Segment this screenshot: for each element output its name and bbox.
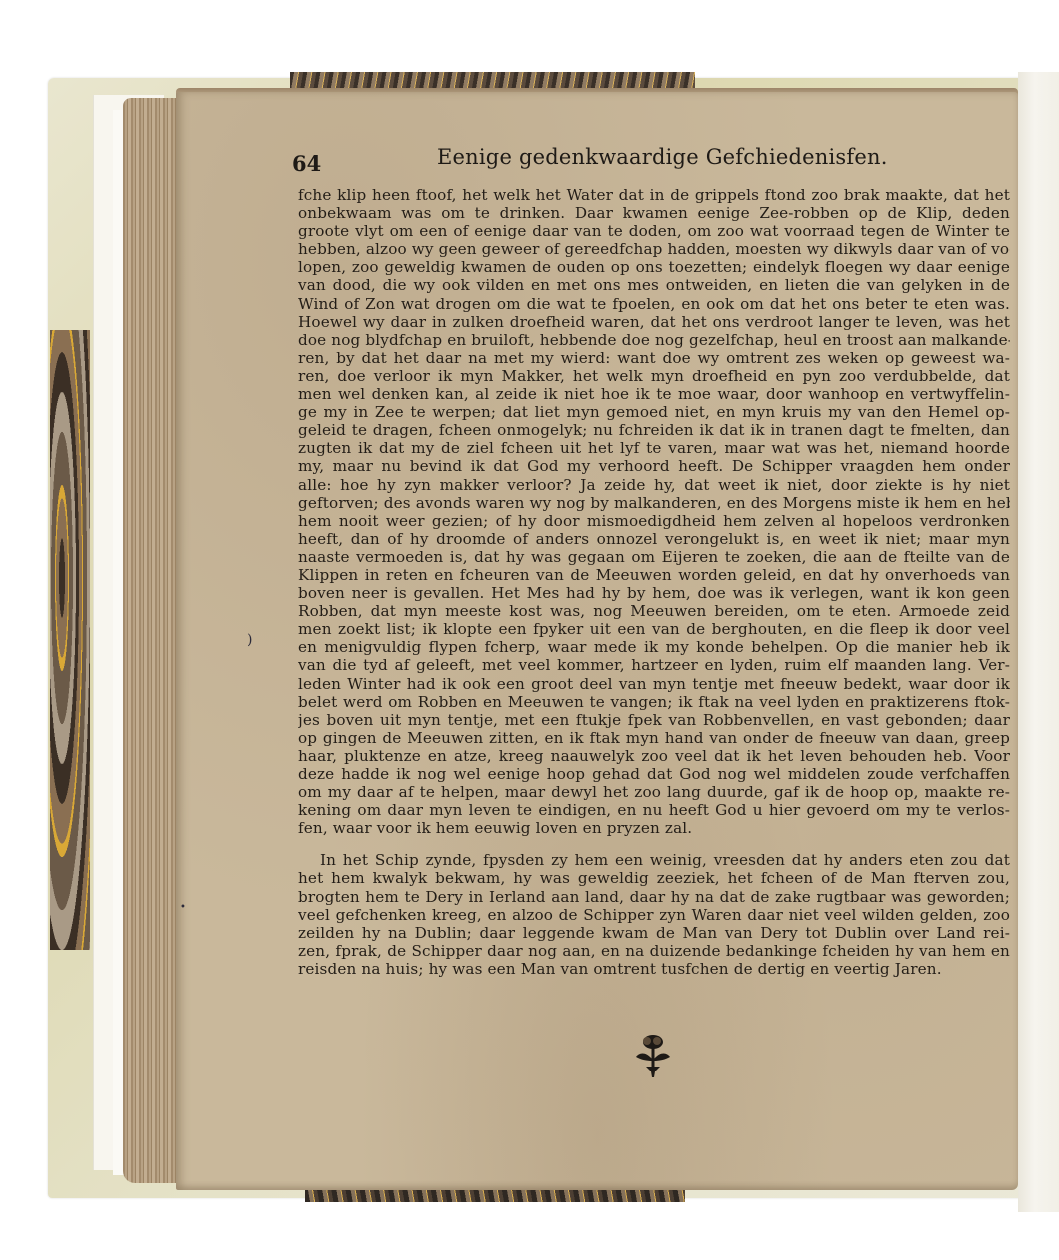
paragraph-gap [298, 837, 1010, 851]
text-line: hebben, alzoo wy geen geweer of gereedfc… [298, 240, 1010, 258]
marbled-edge-bottom [305, 1188, 685, 1202]
margin-mark: ) [247, 632, 252, 648]
paragraph-2: In het Schip zynde, fpysden zy hem een w… [298, 851, 1010, 978]
text-line: men wel denken kan, al zeide ik niet hoe… [298, 385, 1010, 403]
body-text: fche klip heen ftoof, het welk het Water… [298, 186, 1010, 978]
text-line: van die tyd af geleeft, met veel kommer,… [298, 656, 1010, 674]
text-line: Klippen in reten en fcheuren van de Meeu… [298, 566, 1010, 584]
text-line: leden Winter had ik ook een groot deel v… [298, 675, 1010, 693]
text-line: naaste vermoeden is, dat hy was gegaan o… [298, 548, 1010, 566]
page-number: 64 [292, 151, 321, 176]
text-line: reisden na huis; hy was een Man van omtr… [298, 960, 1010, 978]
text-line: Hoewel wy daar in zulken droefheid waren… [298, 313, 1010, 331]
text-line: fche klip heen ftoof, het welk het Water… [298, 186, 1010, 204]
text-line: jes boven uit myn tentje, met een ftukje… [298, 711, 1010, 729]
text-line: groote vlyt om een of eenige daar van te… [298, 222, 1010, 240]
text-line: kening om daar myn leven te eindigen, en… [298, 801, 1010, 819]
text-line: veel gefchenken kreeg, en alzoo de Schip… [298, 906, 1010, 924]
flower-vignette-icon [633, 1033, 673, 1077]
text-line: doe nog blydfchap en bruiloft, hebbende … [298, 331, 1010, 349]
text-line: en menigvuldig flypen fcherp, waar mede … [298, 638, 1010, 656]
text-line: geleid te dragen, fcheen onmogelyk; nu f… [298, 421, 1010, 439]
text-line: om my daar af te helpen, maar dewyl het … [298, 783, 1010, 801]
text-line: belet werd om Robben en Meeuwen te vange… [298, 693, 1010, 711]
paragraph-1: fche klip heen ftoof, het welk het Water… [298, 186, 1010, 837]
text-line: zeilden hy na Dublin; daar leggende kwam… [298, 924, 1010, 942]
text-line: Wind of Zon wat drogen om die wat te fpo… [298, 295, 1010, 313]
text-line: ge my in Zee te werpen; dat liet myn gem… [298, 403, 1010, 421]
text-line: onbekwaam was om te drinken. Daar kwamen… [298, 204, 1010, 222]
text-line: boven neer is gevallen. Het Mes had hy b… [298, 584, 1010, 602]
text-line: ren, doe verloor ik myn Makker, het welk… [298, 367, 1010, 385]
text-line: deze hadde ik nog wel eenige hoop gehad … [298, 765, 1010, 783]
text-line: op gingen de Meeuwen zitten, en ik ftak … [298, 729, 1010, 747]
text-line: alle: hoe hy zyn makker verloor? Ja zeid… [298, 476, 1010, 494]
text-line: fen, waar voor ik hem eeuwig loven en pr… [298, 819, 1010, 837]
text-line: my, maar nu bevind ik dat God my verhoor… [298, 457, 1010, 475]
text-line: het hem kwalyk bekwam, hy was geweldig z… [298, 869, 1010, 887]
text-line: In het Schip zynde, fpysden zy hem een w… [298, 851, 1010, 869]
text-line: zugten ik dat my de ziel fcheen uit het … [298, 439, 1010, 457]
text-line: zen, fprak, de Schipper daar nog aan, en… [298, 942, 1010, 960]
text-line: lopen, zoo geweldig kwamen de ouden op o… [298, 258, 1010, 276]
text-line: van dood, die wy ook vilden en met ons m… [298, 276, 1010, 294]
text-line: heeft, dan of hy droomde of anders onnoz… [298, 530, 1010, 548]
text-line: geftorven; des avonds waren wy nog by ma… [298, 494, 1010, 512]
text-line: hem nooit weer gezien; of hy door mismoe… [298, 512, 1010, 530]
page-header: 64 Eenige gedenkwaardige Gefchiedenisfen… [292, 145, 1012, 175]
text-line: men zoekt list; ik klopte een fpyker uit… [298, 620, 1010, 638]
cover-right-flap [1018, 72, 1059, 1212]
marbled-spine-left [50, 330, 90, 950]
text-line: ren, by dat het daar na met my wierd: wa… [298, 349, 1010, 367]
text-line: Robben, dat myn meeste kost was, nog Mee… [298, 602, 1010, 620]
margin-mark: • [180, 902, 186, 913]
text-line: haar, pluktenze en atze, kreeg naauwelyk… [298, 747, 1010, 765]
running-title: Eenige gedenkwaardige Gefchiedenisfen. [437, 145, 888, 169]
text-line: brogten hem te Dery in Ierland aan land,… [298, 888, 1010, 906]
